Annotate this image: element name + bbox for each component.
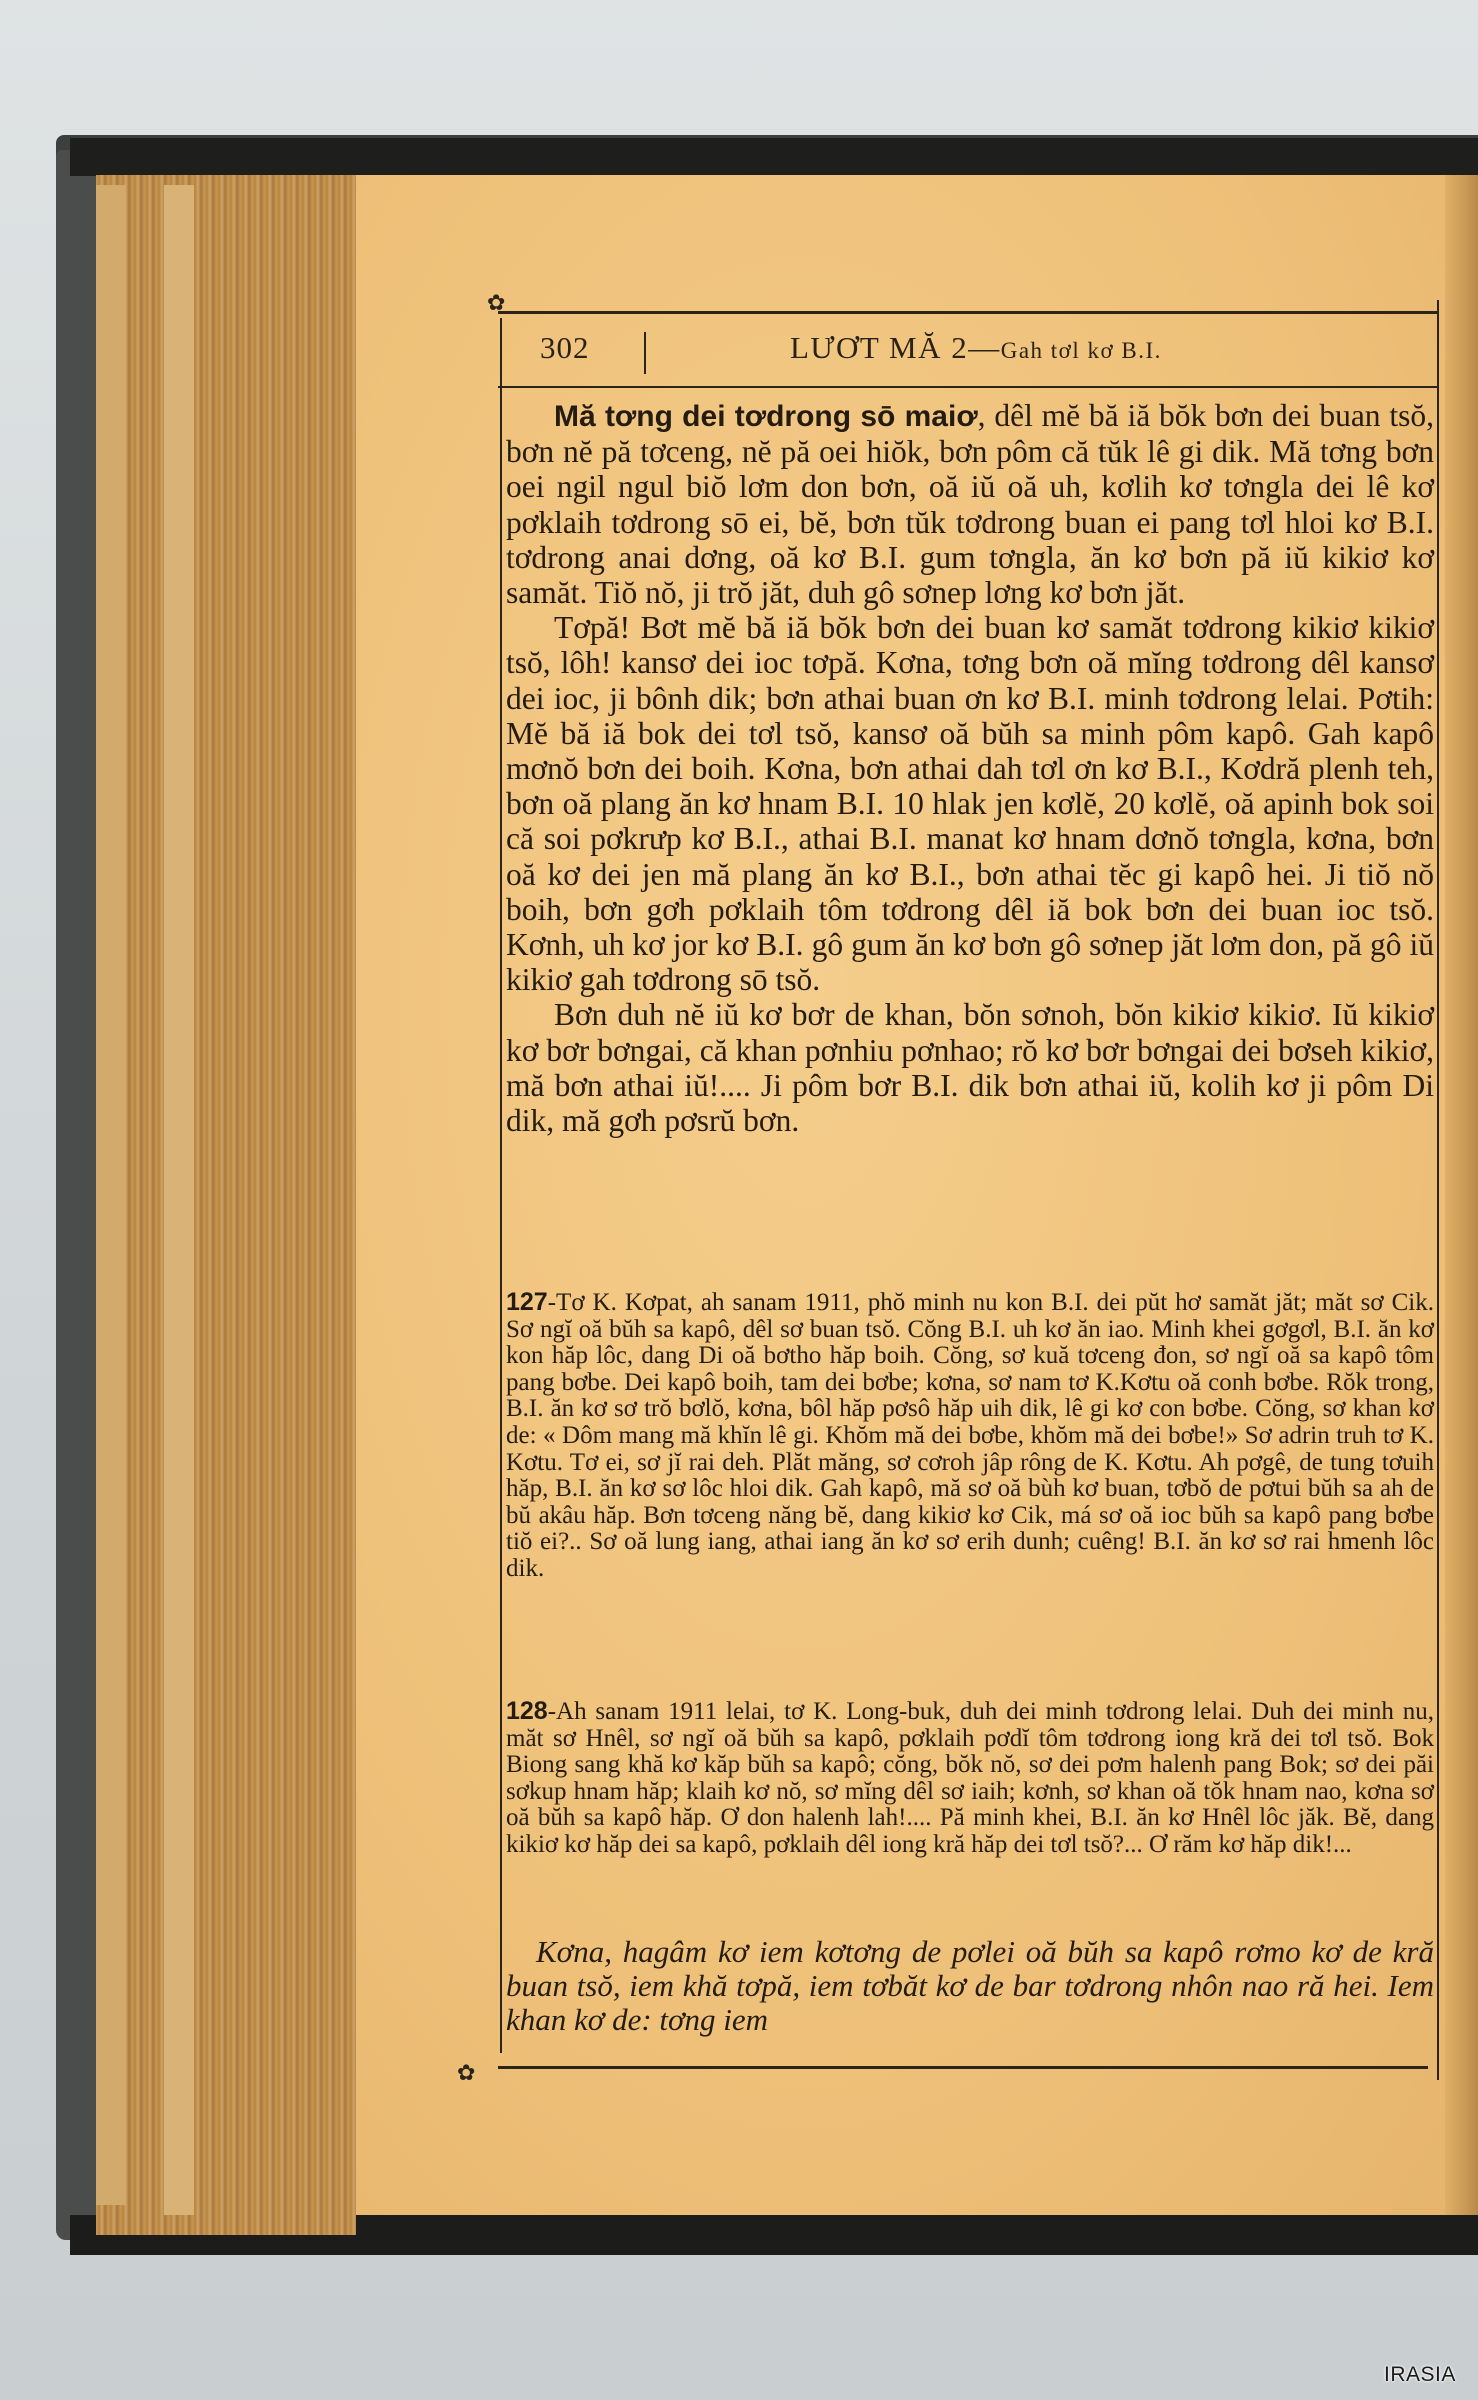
footer-rule — [498, 2066, 1428, 2069]
flower-ornament-icon: ✿ — [487, 293, 505, 315]
example-128: 128-Ah sanam 1911 lelai, tơ K. Long-buk,… — [506, 1698, 1434, 1859]
chapter-title-main: LƯƠT MĂ 2— — [790, 330, 1001, 365]
margin-rule-left — [500, 318, 502, 2053]
chapter-title: LƯƠT MĂ 2—Gah tơl kơ B.I. — [790, 330, 1162, 366]
header-rule-bottom — [498, 386, 1438, 388]
running-head-divider — [644, 332, 646, 374]
page-gutter-shadow — [1445, 175, 1478, 2215]
book-cover-top-edge — [70, 138, 1478, 176]
page-number: 302 — [540, 330, 590, 366]
book-cover-spine-edge — [56, 150, 96, 2240]
page-edge-lip — [164, 185, 194, 2215]
example-paragraph: 127-Tơ K. Kơpat, ah sanam 1911, phŏ minh… — [506, 1289, 1434, 1583]
margin-rule-right — [1437, 300, 1439, 2080]
example-text: -Tơ K. Kơpat, ah sanam 1911, phŏ minh nu… — [506, 1289, 1434, 1582]
paragraph: Tơpă! Bơt mĕ bă iă bŏk bơn dei buan kơ s… — [506, 610, 1434, 997]
italic-paragraph: Kơna, hagâm kơ iem kơtơng de pơlei oă bŭ… — [506, 1935, 1434, 2037]
page-block-edges — [96, 175, 356, 2235]
paragraph-bold-lead: Mă tơng dei tơdrong sō maiơ — [554, 400, 978, 433]
example-number: 128 — [506, 1697, 548, 1725]
closing-exhortation: Kơna, hagâm kơ iem kơtơng de pơlei oă bŭ… — [506, 1935, 1434, 2037]
flower-ornament-icon: ✿ — [457, 2063, 475, 2085]
watermark: IRASIA — [1384, 2363, 1456, 2387]
example-text: -Ah sanam 1911 lelai, tơ K. Long-buk, du… — [506, 1698, 1434, 1858]
main-text: Mă tơng dei tơdrong sō maiơ, dêl mĕ bă i… — [506, 398, 1434, 1138]
example-number: 127 — [506, 1288, 548, 1316]
example-paragraph: 128-Ah sanam 1911 lelai, tơ K. Long-buk,… — [506, 1698, 1434, 1859]
paragraph: Bơn duh nĕ iŭ kơ bơr de khan, bŏn sơnoh,… — [506, 997, 1434, 1138]
page-edge-lip — [96, 185, 126, 2205]
paragraph: Mă tơng dei tơdrong sō maiơ, dêl mĕ bă i… — [506, 398, 1434, 610]
chapter-title-small-caps: Gah tơl kơ B.I. — [1001, 338, 1162, 363]
header-rule-top — [498, 311, 1438, 314]
running-head: 302 LƯƠT MĂ 2—Gah tơl kơ B.I. — [540, 330, 1420, 374]
example-127: 127-Tơ K. Kơpat, ah sanam 1911, phŏ minh… — [506, 1289, 1434, 1583]
